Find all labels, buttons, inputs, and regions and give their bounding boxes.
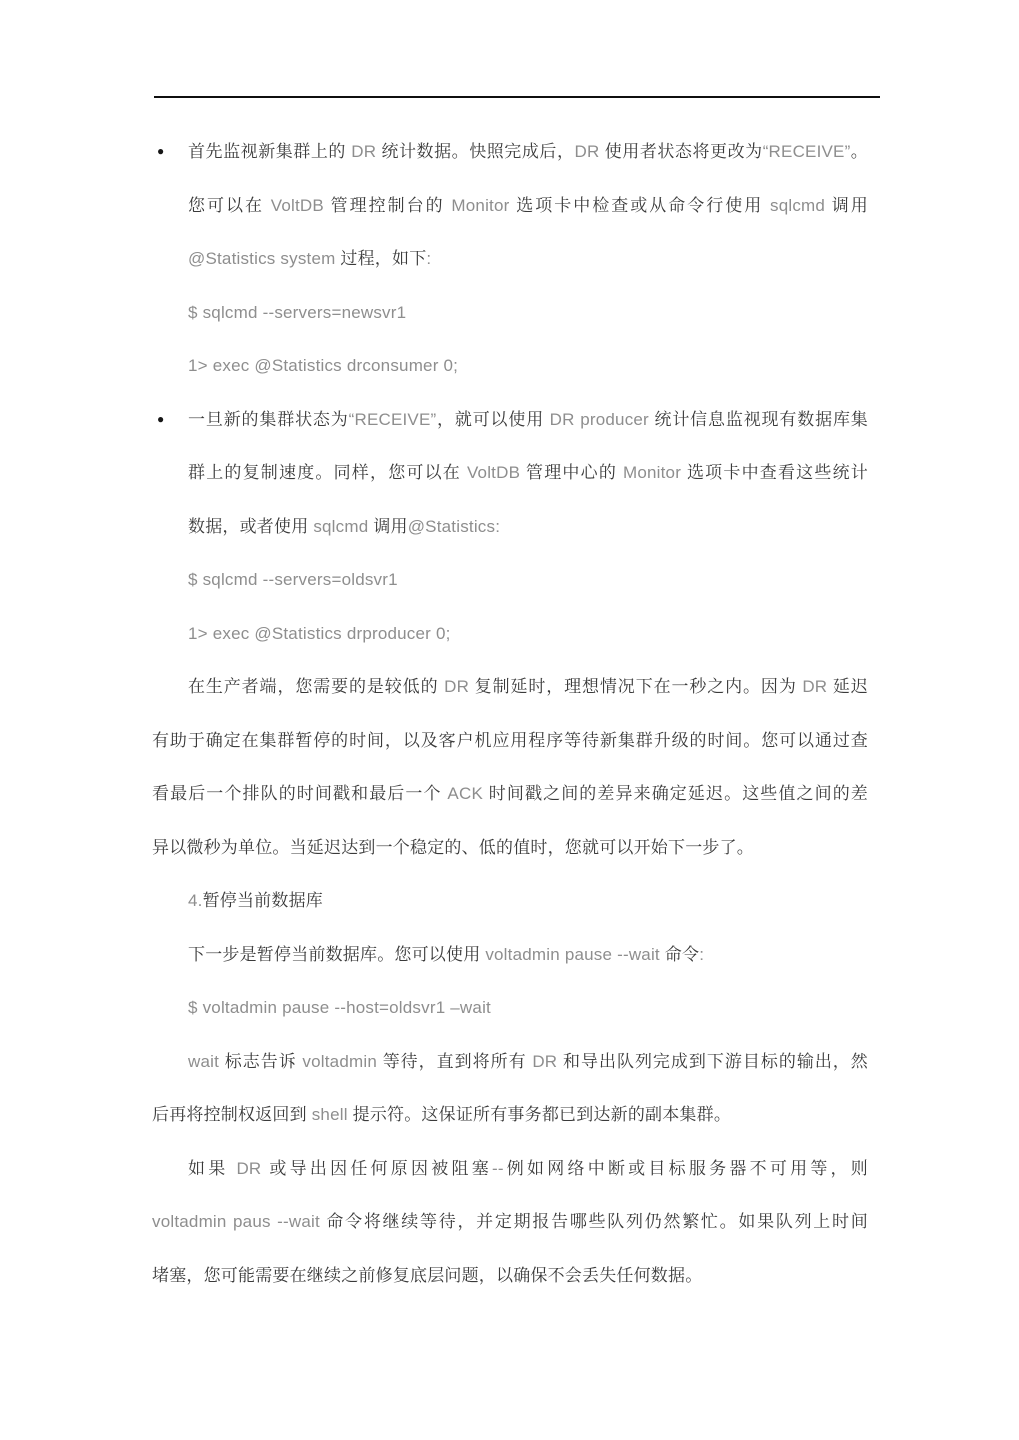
latin-text-run: 1>: [188, 356, 208, 375]
bullet-item-line: ● 一旦新的集群状态为“RECEIVE”，就可以使用 DR producer 统…: [152, 393, 868, 447]
bullet-item-line: @Statistics system 过程，如下:: [152, 232, 868, 286]
section-heading: 4.暂停当前数据库: [152, 874, 868, 928]
bullet-item-line: ● 首先监视新集群上的 DR 统计数据。快照完成后，DR 使用者状态将更改为“R…: [152, 125, 868, 179]
latin-text-run: –wait: [450, 998, 491, 1017]
paragraph-line: 有助于确定在集群暂停的时间，以及客户机应用程序等待新集群升级的时间。您可以通过查: [152, 714, 868, 768]
paragraph-line: 异以微秒为单位。当延迟达到一个稳定的、低的值时，您就可以开始下一步了。: [152, 821, 868, 875]
code-line: 1> exec @Statistics drproducer 0;: [152, 607, 868, 661]
latin-text-run: DR: [532, 1052, 557, 1071]
document-page: ● 首先监视新集群上的 DR 统计数据。快照完成后，DR 使用者状态将更改为“R…: [0, 0, 1019, 1440]
latin-text-run: @Statistics: [254, 624, 341, 643]
paragraph-line: 下一步是暂停当前数据库。您可以使用 voltadmin pause --wait…: [152, 928, 868, 982]
latin-text-run: Monitor: [451, 196, 509, 215]
latin-text-run: --servers=oldsvr1: [263, 570, 398, 589]
latin-text-run: pause: [282, 998, 329, 1017]
latin-text-run: 4.: [188, 891, 203, 910]
code-line: $ voltadmin pause --host=oldsvr1 –wait: [152, 981, 868, 1035]
latin-text-run: @Statistics:: [408, 517, 500, 536]
latin-text-run: DR: [802, 677, 827, 696]
latin-text-run: exec: [213, 624, 250, 643]
latin-text-run: $: [188, 303, 198, 322]
latin-text-run: --servers=newsvr1: [263, 303, 407, 322]
latin-text-run: DR: [550, 410, 575, 429]
latin-text-run: sqlcmd: [203, 570, 258, 589]
paragraph-line: 后再将控制权返回到 shell 提示符。这保证所有事务都已到达新的副本集群。: [152, 1088, 868, 1142]
latin-text-run: “RECEIVE”: [763, 142, 851, 161]
paragraph-line: 看最后一个排队的时间戳和最后一个 ACK 时间戳之间的差异来确定延迟。这些值之间…: [152, 767, 868, 821]
latin-text-run: sqlcmd: [203, 303, 258, 322]
text-run: 首先监视新集群上的 DR 统计数据。快照完成后，DR 使用者状态将更改为“REC…: [188, 142, 868, 161]
paragraph-line: voltadmin paus --wait 命令将继续等待，并定期报告哪些队列仍…: [152, 1195, 868, 1249]
latin-text-run: 1>: [188, 624, 208, 643]
header-divider: [154, 96, 880, 98]
paragraph-line: 在生产者端，您需要的是较低的 DR 复制延时，理想情况下在一秒之内。因为 DR …: [152, 660, 868, 714]
latin-text-run: DR: [351, 142, 376, 161]
code-line: $ sqlcmd --servers=oldsvr1: [152, 553, 868, 607]
text-run: 一旦新的集群状态为“RECEIVE”，就可以使用 DR producer 统计信…: [188, 410, 868, 429]
latin-text-run: --wait: [277, 1212, 320, 1231]
latin-text-run: DR: [444, 677, 469, 696]
code-line: $ sqlcmd --servers=newsvr1: [152, 286, 868, 340]
latin-text-run: :: [426, 249, 431, 268]
latin-text-run: voltadmin: [152, 1212, 227, 1231]
latin-text-run: sqlcmd: [313, 517, 368, 536]
bullet-item-line: 群上的复制速度。同样，您可以在 VoltDB 管理中心的 Monitor 选项卡…: [152, 446, 868, 500]
latin-text-run: paus: [233, 1212, 271, 1231]
latin-text-run: --host=oldsvr1: [334, 998, 445, 1017]
latin-text-run: Monitor: [623, 463, 681, 482]
latin-text-run: 0;: [444, 356, 459, 375]
latin-text-run: DR: [575, 142, 600, 161]
latin-text-run: exec: [213, 356, 250, 375]
bullet-item-line: 数据，或者使用 sqlcmd 调用@Statistics:: [152, 500, 868, 554]
latin-text-run: voltadmin: [485, 945, 560, 964]
latin-text-run: drproducer: [347, 624, 431, 643]
bullet-item-line: 您可以在 VoltDB 管理控制台的 Monitor 选项卡中检查或从命令行使用…: [152, 179, 868, 233]
latin-text-run: sqlcmd: [770, 196, 825, 215]
latin-text-run: voltadmin: [203, 998, 278, 1017]
latin-text-run: --wait: [617, 945, 660, 964]
paragraph-line: wait 标志告诉 voltadmin 等待，直到将所有 DR 和导出队列完成到…: [152, 1035, 868, 1089]
latin-text-run: system: [280, 249, 335, 268]
latin-text-run: drconsumer: [347, 356, 439, 375]
paragraph-line: 堵塞，您可能需要在继续之前修复底层问题，以确保不会丢失任何数据。: [152, 1249, 868, 1303]
code-line: 1> exec @Statistics drconsumer 0;: [152, 339, 868, 393]
latin-text-run: VoltDB: [467, 463, 520, 482]
latin-text-run: ACK: [447, 784, 483, 803]
latin-text-run: 0;: [436, 624, 451, 643]
bullet-marker-icon: ●: [157, 393, 177, 447]
latin-text-run: shell: [312, 1105, 348, 1124]
latin-text-run: @Statistics: [254, 356, 341, 375]
latin-text-run: “RECEIVE”: [349, 410, 437, 429]
document-body: ● 首先监视新集群上的 DR 统计数据。快照完成后，DR 使用者状态将更改为“R…: [152, 125, 868, 1302]
latin-text-run: :: [699, 945, 704, 964]
latin-text-run: pause: [565, 945, 612, 964]
bullet-marker-icon: ●: [157, 125, 177, 179]
latin-text-run: $: [188, 570, 198, 589]
latin-text-run: $: [188, 998, 198, 1017]
latin-text-run: DR: [236, 1159, 261, 1178]
latin-text-run: --: [492, 1159, 504, 1178]
latin-text-run: VoltDB: [271, 196, 324, 215]
latin-text-run: wait: [188, 1052, 219, 1071]
latin-text-run: producer: [580, 410, 649, 429]
latin-text-run: @Statistics: [188, 249, 275, 268]
paragraph-line: 如果 DR 或导出因任何原因被阻塞--例如网络中断或目标服务器不可用等，则: [152, 1142, 868, 1196]
latin-text-run: voltadmin: [302, 1052, 377, 1071]
